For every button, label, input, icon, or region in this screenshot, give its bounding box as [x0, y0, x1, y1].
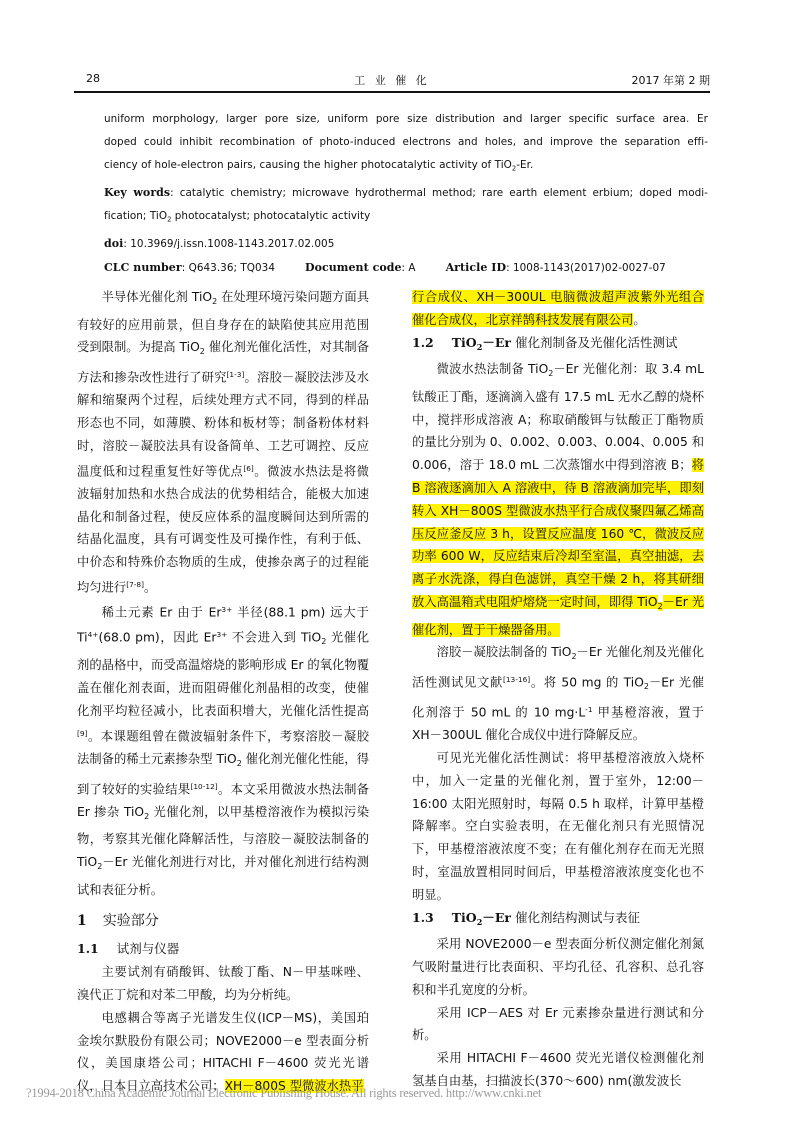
text: 。 — [633, 313, 645, 327]
paragraph-intro: 半导体光催化剂 TiO2 在处理环境污染问题方面具有较好的应用前景，但自身存在的… — [77, 286, 369, 599]
section-title: 催化剂制备及光催化活性测试 — [511, 335, 677, 350]
paragraph-instruments-cont: 行合成仪、XH－300UL 电脑微波超声波紫外光组合催化合成仪，北京祥鹄科技发展… — [412, 286, 704, 332]
paragraph-icp: 采用 ICP－AES 对 Er 元素掺杂量进行测试和分析。 — [412, 1002, 704, 1048]
text: －Er 光催化剂：取 3.4 mL 钛酸正丁酯，逐滴滴入盛有 17.5 mL 无… — [412, 362, 704, 472]
superscript: 4+ — [88, 630, 99, 639]
paragraph-visible-light-test: 可见光光催化活性测试：将甲基橙溶液放入烧杯中，加入一定量的光催化剂，置于室外，1… — [412, 747, 704, 907]
section-title: 试剂与仪器 — [117, 941, 180, 956]
citation: [9] — [77, 729, 87, 738]
text: (68.0 pm)，因此 Er — [98, 631, 216, 645]
citation: [10-12] — [190, 782, 217, 791]
classification-line: CLC number: Q643.36; TQ034Document code:… — [104, 256, 708, 280]
subsection-heading-1-3: 1.3TiO2－Er 催化剂结构测试与表征 — [412, 907, 704, 934]
superscript: 3+ — [216, 630, 227, 639]
text: 不会进入到 TiO — [227, 631, 321, 645]
superscript: -1 — [585, 705, 592, 714]
citation: [6] — [243, 464, 253, 473]
abstract-text: ciency of hole-electron pairs, causing t… — [104, 159, 512, 171]
section-title: －Er — [482, 335, 511, 350]
abstract-line: uniform morphology, larger pore size, un… — [104, 108, 708, 131]
subsection-heading-1-2: 1.2TiO2－Er 催化剂制备及光催化活性测试 — [412, 332, 704, 359]
abstract-text: -Er. — [516, 159, 533, 171]
text: 稀土元素 Er 由于 Er — [102, 606, 222, 620]
section-title: 实验部分 — [103, 913, 159, 929]
paragraph-bet: 采用 NOVE2000－e 型表面分析仪测定催化剂氮气吸附量进行比表面积、平均孔… — [412, 933, 704, 1001]
subscript: 2 — [658, 602, 663, 611]
paragraph-microwave-prep: 微波水热法制备 TiO2－Er 光催化剂：取 3.4 mL 钛酸正丁酯，逐滴滴入… — [412, 358, 704, 641]
header-rule — [74, 91, 710, 93]
text: 微波水热法制备 TiO — [437, 362, 549, 376]
keywords-label: Key words — [104, 186, 170, 199]
section-title: TiO — [452, 910, 477, 925]
keywords-text: photocatalyst; photocatalytic activity — [171, 210, 370, 222]
keywords-line: fication; TiO2 photocatalyst; photocatal… — [104, 205, 708, 232]
article-id-value: : 1008-1143(2017)02-0027-07 — [506, 262, 666, 274]
issue-label: 2017 年第 2 期 — [632, 72, 710, 88]
english-abstract: uniform morphology, larger pore size, un… — [104, 108, 708, 280]
doi-label: doi — [104, 237, 123, 250]
superscript: 3+ — [221, 605, 232, 614]
running-header: 28 工 业 催 化 2017 年第 2 期 — [74, 68, 710, 90]
citation: [7-8] — [126, 580, 144, 589]
section-heading-1: 1实验部分 — [77, 910, 369, 933]
abstract-line: ciency of hole-electron pairs, causing t… — [104, 154, 708, 181]
copyright-footer: ?1994-2018 China Academic Journal Electr… — [26, 1086, 786, 1101]
text: －Er 光催化剂进行对比，并对催化剂进行结构测试和表征分析。 — [77, 855, 369, 897]
text: 半导体光催化剂 TiO — [102, 290, 212, 304]
text: 。微波水热法是将微波辐射加热和水热合成法的优势相结合，能极大加速晶化和制备过程，… — [77, 464, 369, 594]
section-title: －Er — [482, 910, 511, 925]
paragraph-instruments: 电感耦合等离子光谱发生仪(ICP－MS)，美国珀金埃尔默股份有限公司；NOVE2… — [77, 1007, 369, 1098]
highlighted-text: 行合成仪、XH－300UL 电脑微波超声波紫外光组合催化合成仪，北京祥鹄科技发展… — [412, 290, 704, 327]
article-id-label: Article ID — [446, 261, 506, 274]
section-number: 1 — [77, 913, 87, 929]
paragraph-reagents: 主要试剂有硝酸铒、钛酸丁酯、N－甲基咪唑、溴代正丁烷和对苯二甲酸，均为分析纯。 — [77, 961, 369, 1007]
keywords-text: fication; TiO — [104, 210, 167, 222]
section-title: TiO — [452, 335, 477, 350]
citation: [13-16] — [503, 675, 530, 684]
section-number: 1.2 — [412, 335, 434, 350]
doi-value: : 10.3969/j.issn.1008-1143.2017.02.005 — [123, 238, 334, 250]
doi-line: doi: 10.3969/j.issn.1008-1143.2017.02.00… — [104, 232, 708, 256]
keywords-line: Key words: catalytic chemistry; microwav… — [104, 181, 708, 205]
text: 。将 50 mg 的 TiO — [530, 675, 644, 689]
text: 溶胶－凝胶法制备的 TiO — [437, 645, 572, 659]
document-code-value: : A — [402, 262, 416, 274]
text: 。溶胶－凝胶法涉及水解和缩聚两个过程，后续处理方式不同，得到的样品形态也不同，如… — [77, 370, 369, 478]
paragraph-rare-earth: 稀土元素 Er 由于 Er3+ 半径(88.1 pm) 远大于 Ti4+(68.… — [77, 599, 369, 901]
section-number: 1.3 — [412, 910, 434, 925]
text: 。 — [144, 580, 156, 594]
clc-value: : Q643.36; TQ034 — [182, 262, 275, 274]
abstract-line: doped could inhibit recombination of pho… — [104, 131, 708, 154]
keywords-text: : catalytic chemistry; microwave hydroth… — [170, 187, 708, 199]
clc-label: CLC number — [104, 261, 182, 274]
journal-title: 工 业 催 化 — [74, 72, 710, 88]
right-column: 行合成仪、XH－300UL 电脑微波超声波紫外光组合催化合成仪，北京祥鹄科技发展… — [412, 286, 704, 1093]
section-title: 催化剂结构测试与表征 — [511, 910, 640, 925]
document-code-label: Document code — [305, 261, 402, 274]
section-number: 1.1 — [77, 941, 99, 956]
paragraph-solgel-prep: 溶胶－凝胶法制备的 TiO2－Er 光催化剂及光催化活性测试见文献[13-16]… — [412, 641, 704, 747]
citation: [1-3] — [227, 370, 245, 379]
subsection-heading-1-1: 1.1试剂与仪器 — [77, 938, 369, 961]
highlighted-text: 将 B 溶液逐滴加入 A 溶液中，待 B 溶液滴加完毕，即刻转入 XH－800S… — [412, 458, 704, 609]
left-column: 半导体光催化剂 TiO2 在处理环境污染问题方面具有较好的应用前景，但自身存在的… — [77, 286, 369, 1098]
